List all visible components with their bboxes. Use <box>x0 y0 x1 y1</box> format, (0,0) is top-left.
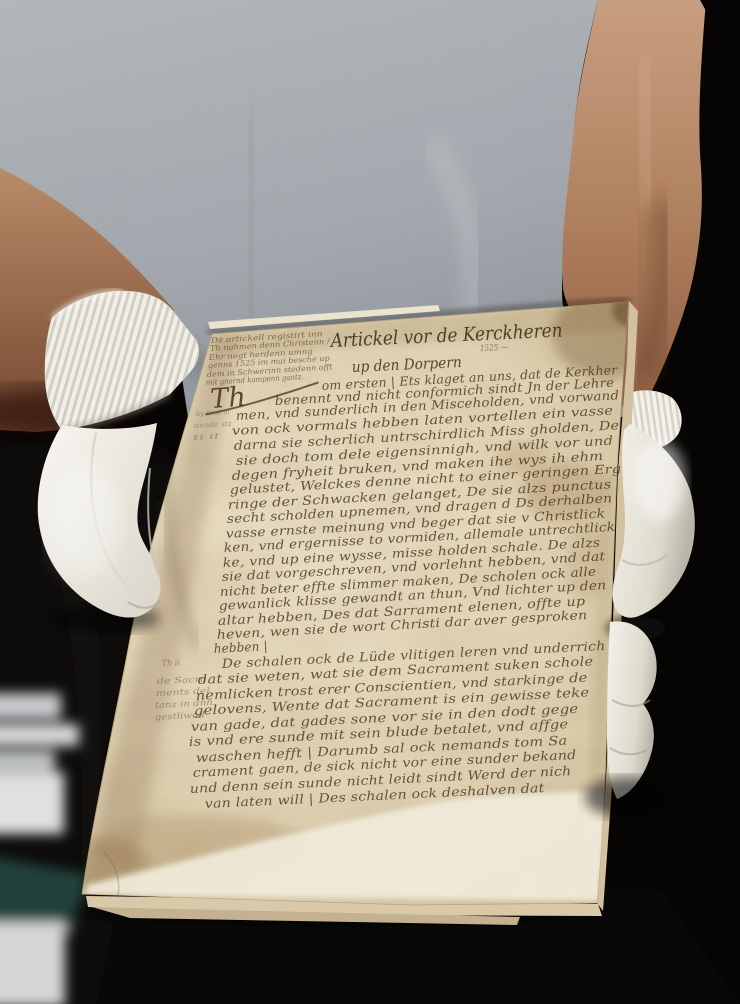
blurred-paper-stack <box>0 751 55 771</box>
arm-highlight <box>640 60 650 210</box>
blurred-paper-stack <box>0 693 61 719</box>
margin-note-line: Th ii <box>162 657 181 668</box>
manuscript-date: 1525 — <box>480 343 509 354</box>
right-glove-fade-shadow <box>585 777 665 817</box>
photo-svg: Dz artickell registirt inn Th nahmen den… <box>0 0 740 1004</box>
left-glove-highlight <box>49 464 121 576</box>
manuscript-text: Dz artickell registirt inn Th nahmen den… <box>155 319 622 811</box>
blurred-paper-stack <box>0 772 64 834</box>
photo-scene: Dz artickell registirt inn Th nahmen den… <box>0 0 740 1004</box>
margin-mark: ti il <box>193 432 219 442</box>
blurred-paper-stack <box>0 724 79 746</box>
right-glove-highlight <box>634 440 686 520</box>
blurred-paper-stack <box>0 922 65 1004</box>
